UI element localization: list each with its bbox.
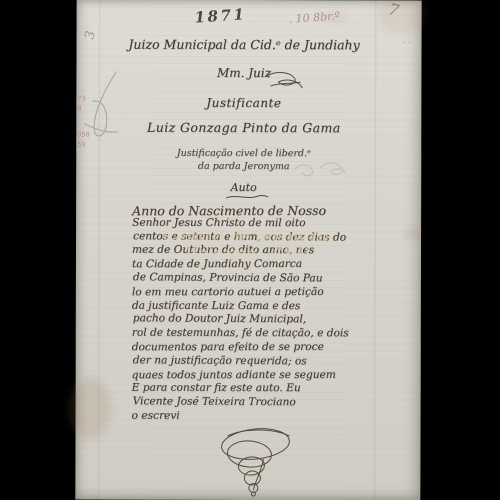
body-line: mez de Outubro do dito anno, nes	[132, 244, 387, 258]
heading-party-name: Luiz Gonzaga Pinto da Gama	[116, 120, 371, 136]
paper-stain	[377, 0, 425, 34]
body-line: centos e setenta e hum, aos dez dias do	[133, 230, 388, 245]
body-line: Vicente José Teixeira Trociano	[133, 395, 388, 410]
auto-underline-flourish-icon	[224, 193, 270, 201]
body-line: E para constar fiz este auto. Eu	[132, 382, 387, 396]
body-line: quaes todos juntos adiante se seguem	[132, 368, 387, 382]
scan-background: 1871 . 10 8br.º 7 · · 3 73 8 058 59 Juiz…	[0, 0, 500, 500]
signature-spiral-flourish-icon	[203, 426, 303, 498]
faded-pencil-scribble-icon	[290, 156, 348, 180]
body-line: Anno do Nascimento de Nosso	[132, 203, 387, 217]
body-line: de Campinas, Provincia de São Pau	[133, 271, 388, 286]
paper-stain	[404, 228, 420, 239]
judge-signature-flourish-icon	[264, 68, 304, 92]
body-line: lo em meu cartorio autuei a petição	[132, 286, 387, 300]
heading-court-line: Juizo Municipal da Cid.ᵉ de Jundiahy	[117, 37, 372, 53]
body-line: documentos para efeito de se proce	[132, 341, 387, 355]
body-line: pacho do Doutor Juiz Municipal,	[133, 313, 388, 328]
pencil-year-annotation: 1871	[194, 5, 247, 26]
pencil-margin-number: 3	[83, 30, 99, 41]
body-line: o escrevi	[132, 410, 387, 424]
paper-stain	[70, 378, 112, 440]
body-line: rol de testemunhas, fé de citação, e doi…	[132, 327, 387, 341]
pencil-tick-marks: · ·	[403, 38, 412, 48]
body-line: der na justificação requerida; os	[133, 354, 388, 369]
manuscript-body: Anno do Nascimento de Nosso Senhor Jesus…	[132, 203, 388, 424]
manuscript-page: 1871 . 10 8br.º 7 · · 3 73 8 058 59 Juiz…	[75, 0, 421, 500]
body-line: ta Cidade de Jundiahy Comarca	[132, 258, 387, 272]
heading-judge-line: Mm. Juiz	[116, 66, 371, 81]
heading-party-role: Justificante	[116, 96, 371, 111]
body-line: Senhor Jesus Christo de mil oito	[132, 216, 387, 230]
